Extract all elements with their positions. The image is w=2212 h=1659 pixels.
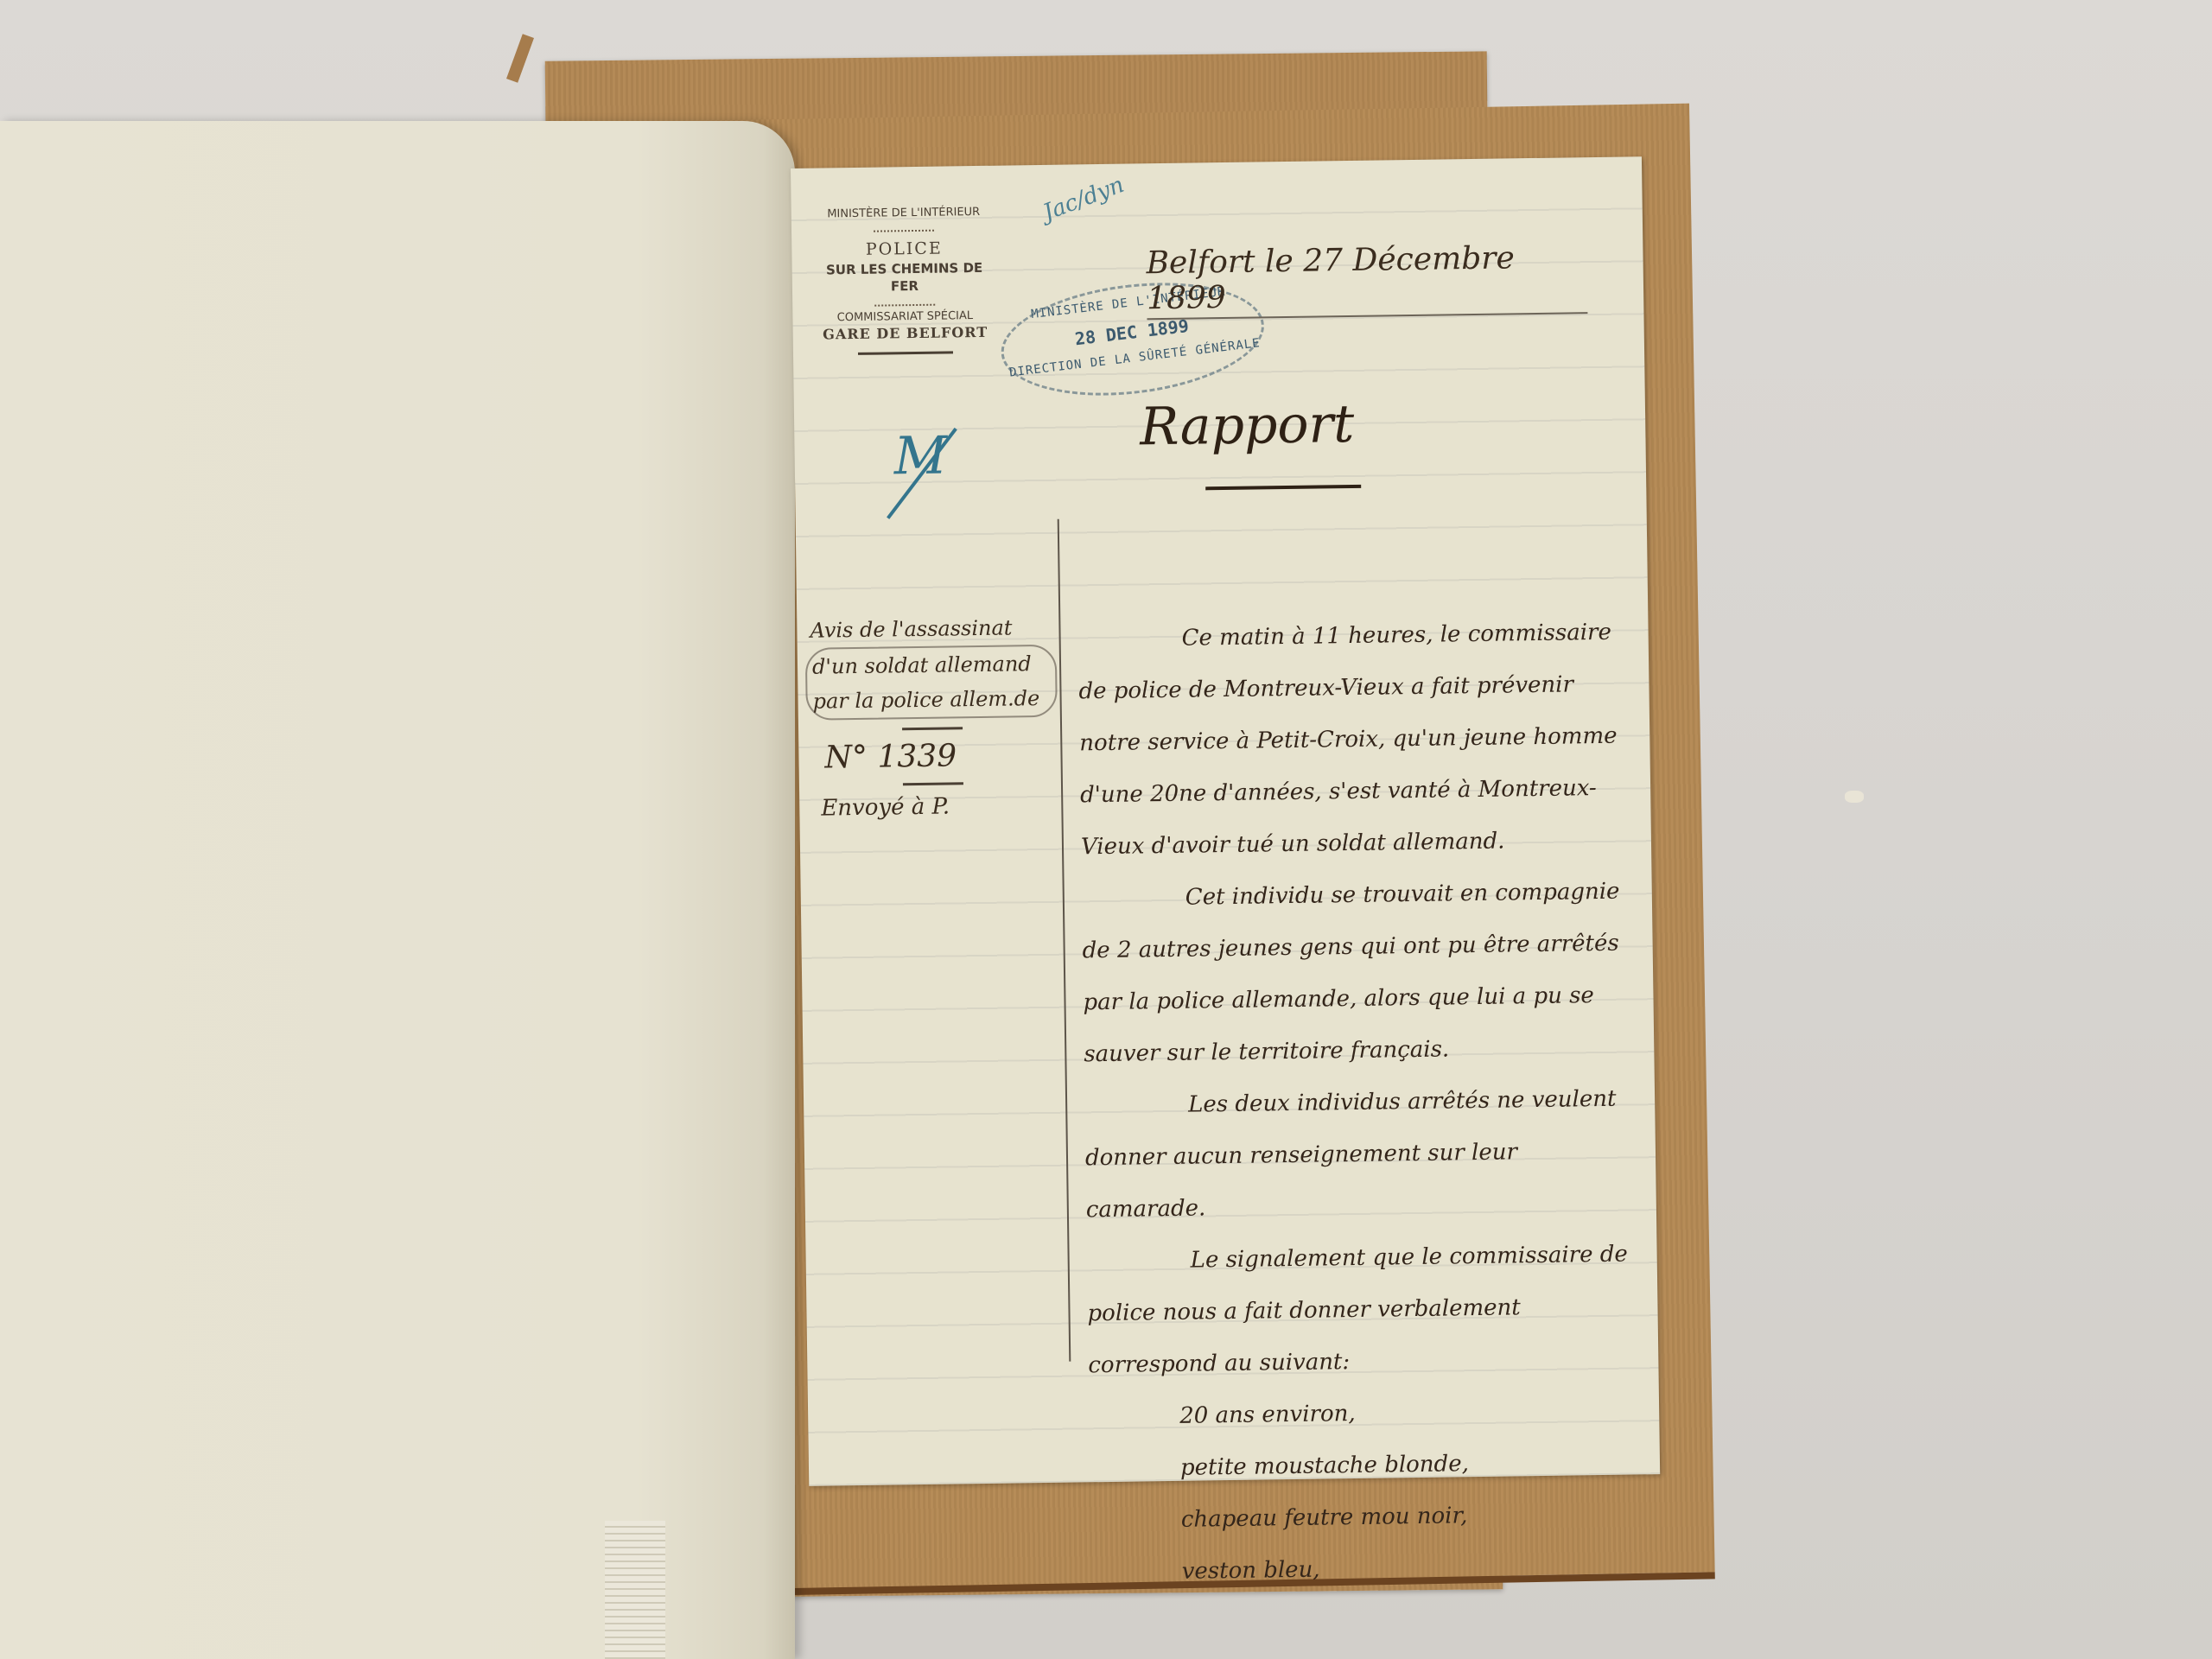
margin-column: Avis de l'assassinat d'un soldat alleman… [810, 610, 1058, 822]
letterhead-station: GARE DE BELFORT [819, 323, 992, 344]
report-body: Ce matin à 11 heures, le commissaire de … [1077, 606, 1644, 1599]
letterhead-ornament [874, 298, 935, 306]
letterhead-stamp: MINISTÈRE DE L'INTÉRIEUR POLICE SUR LES … [817, 205, 992, 359]
summary-line: d'un soldat allemand [812, 646, 1051, 684]
report-sheet: MINISTÈRE DE L'INTÉRIEUR POLICE SUR LES … [791, 156, 1660, 1486]
letterhead-ministry: MINISTÈRE DE L'INTÉRIEUR [817, 205, 990, 222]
margin-rule [903, 782, 963, 785]
margin-rule [902, 727, 963, 730]
description-item: chapeau feutre mou noir, [1180, 1487, 1643, 1545]
letterhead-police: POLICE [817, 237, 990, 261]
description-item: petite moustache blonde, [1180, 1435, 1643, 1493]
letterhead-rule [858, 346, 953, 355]
place-and-date: Belfort le 27 Décembre 1899 [1146, 239, 1587, 320]
letterhead-ornament [874, 224, 934, 232]
letterhead-railways: SUR LES CHEMINS DE FER [818, 259, 992, 296]
summary-line: Avis de l'assassinat [810, 610, 1057, 648]
paragraph: Le signalement que le commissaire de pol… [1086, 1228, 1641, 1391]
margin-divider [1058, 519, 1071, 1362]
description-item: 20 ans environ, [1179, 1383, 1643, 1441]
summary-line: par la police allem.de [812, 681, 1051, 719]
paper-fragment [1845, 791, 1864, 803]
title-underline [1205, 485, 1361, 491]
margin-summary: Avis de l'assassinat d'un soldat alleman… [810, 610, 1058, 721]
ledger-page-edges [605, 1521, 665, 1659]
summary-line-circled: d'un soldat allemand par la police allem… [805, 645, 1058, 721]
file-number: N° 1339 [824, 737, 1058, 776]
paragraph: Ce matin à 11 heures, le commissaire de … [1077, 606, 1634, 873]
sent-to-note: Envoyé à P. [821, 792, 1058, 822]
document-title: Rapport [1140, 394, 1355, 457]
description-item: veston bleu, [1181, 1539, 1644, 1597]
paragraph: Les deux individus arrêtés ne veulent do… [1084, 1072, 1639, 1236]
blue-pencil-annotation: Jac/dyn [1039, 172, 1128, 226]
ledger-left-page [0, 121, 795, 1659]
paragraph: Cet individu se trouvait en compagnie de… [1081, 865, 1637, 1080]
blue-monogram-signature: M [893, 426, 947, 487]
